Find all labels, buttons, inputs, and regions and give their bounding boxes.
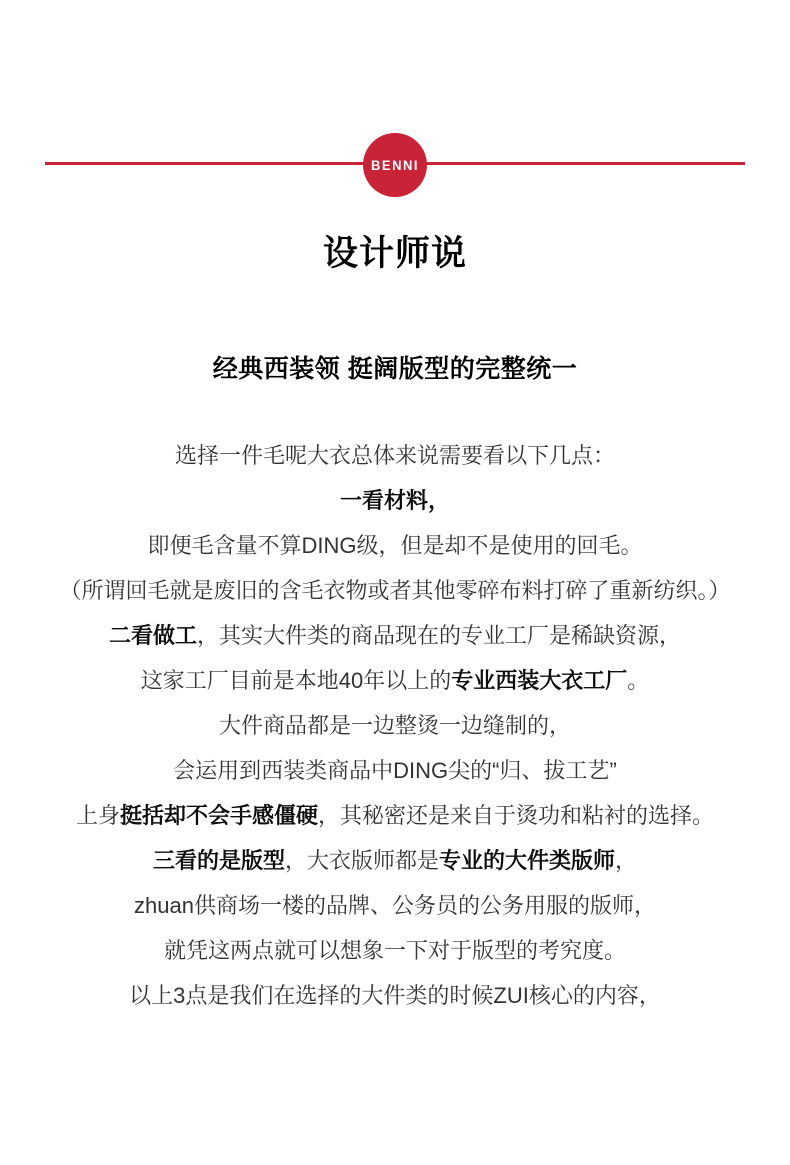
body-line: zhuan供商场一楼的品牌、公务员的公务用服的版师，: [0, 883, 790, 928]
body-segment: ，: [615, 848, 637, 873]
brand-logo-text: BENNI: [371, 158, 419, 172]
body-line: 一看材料，: [0, 478, 790, 523]
body-segment: ，大衣版师都是: [285, 848, 439, 873]
body-segment: ，其实大件类的商品现在的专业工厂是稀缺资源，: [197, 623, 681, 648]
body-segment: 就凭这两点就可以想象一下对于版型的考究度。: [164, 938, 626, 963]
section-subtitle: 经典西装领 挺阔版型的完整统一: [0, 349, 790, 385]
body-segment: 以上3点是我们在选择的大件类的时候ZUI核心的内容，: [129, 983, 661, 1008]
body-segment: 选择一件毛呢大衣总体来说需要看以下几点：: [175, 443, 615, 468]
body-segment: 上身: [76, 803, 120, 828]
body-segment-bold: 专业西装大衣工厂: [451, 668, 627, 693]
body-line: 以上3点是我们在选择的大件类的时候ZUI核心的内容，: [0, 973, 790, 1018]
body-segment-bold: 挺括却不会手感僵硬: [120, 803, 318, 828]
body-segment: 这家工厂目前是本地40年以上的: [141, 668, 451, 693]
body-line: 二看做工，其实大件类的商品现在的专业工厂是稀缺资源，: [0, 613, 790, 658]
body-segment-bold: 专业的大件类版师: [439, 848, 615, 873]
body-line: 就凭这两点就可以想象一下对于版型的考究度。: [0, 928, 790, 973]
body-text: 选择一件毛呢大衣总体来说需要看以下几点：一看材料，即便毛含量不算DING级，但是…: [0, 433, 790, 1018]
product-detail-page: BENNI 设计师说 经典西装领 挺阔版型的完整统一 选择一件毛呢大衣总体来说需…: [0, 0, 790, 1165]
body-segment: 即便毛含量不算DING级，但是却不是使用的回毛。: [147, 533, 642, 558]
body-line: 上身挺括却不会手感僵硬，其秘密还是来自于烫功和粘衬的选择。: [0, 793, 790, 838]
body-line: 三看的是版型，大衣版师都是专业的大件类版师，: [0, 838, 790, 883]
body-segment-bold: 一看材料，: [340, 488, 450, 513]
body-segment-bold: 二看做工: [109, 623, 197, 648]
page-title: 设计师说: [0, 226, 790, 276]
body-segment: 。: [627, 668, 649, 693]
body-segment: （所谓回毛就是废旧的含毛衣物或者其他零碎布料打碎了重新纺织。）: [59, 578, 730, 603]
body-segment: 大件商品都是一边整烫一边缝制的，: [219, 713, 571, 738]
body-line: 即便毛含量不算DING级，但是却不是使用的回毛。: [0, 523, 790, 568]
body-line: （所谓回毛就是废旧的含毛衣物或者其他零碎布料打碎了重新纺织。）: [0, 568, 790, 613]
body-line: 会运用到西装类商品中DING尖的“归、拔工艺”: [0, 748, 790, 793]
body-line: 选择一件毛呢大衣总体来说需要看以下几点：: [0, 433, 790, 478]
body-segment: zhuan供商场一楼的品牌、公务员的公务用服的版师，: [134, 893, 656, 918]
body-segment-bold: 三看的是版型: [153, 848, 285, 873]
body-line: 大件商品都是一边整烫一边缝制的，: [0, 703, 790, 748]
brand-logo-badge: BENNI: [363, 133, 427, 197]
body-segment: 会运用到西装类商品中DING尖的“归、拔工艺”: [173, 758, 617, 783]
body-segment: ，其秘密还是来自于烫功和粘衬的选择。: [318, 803, 714, 828]
body-line: 这家工厂目前是本地40年以上的专业西装大衣工厂。: [0, 658, 790, 703]
